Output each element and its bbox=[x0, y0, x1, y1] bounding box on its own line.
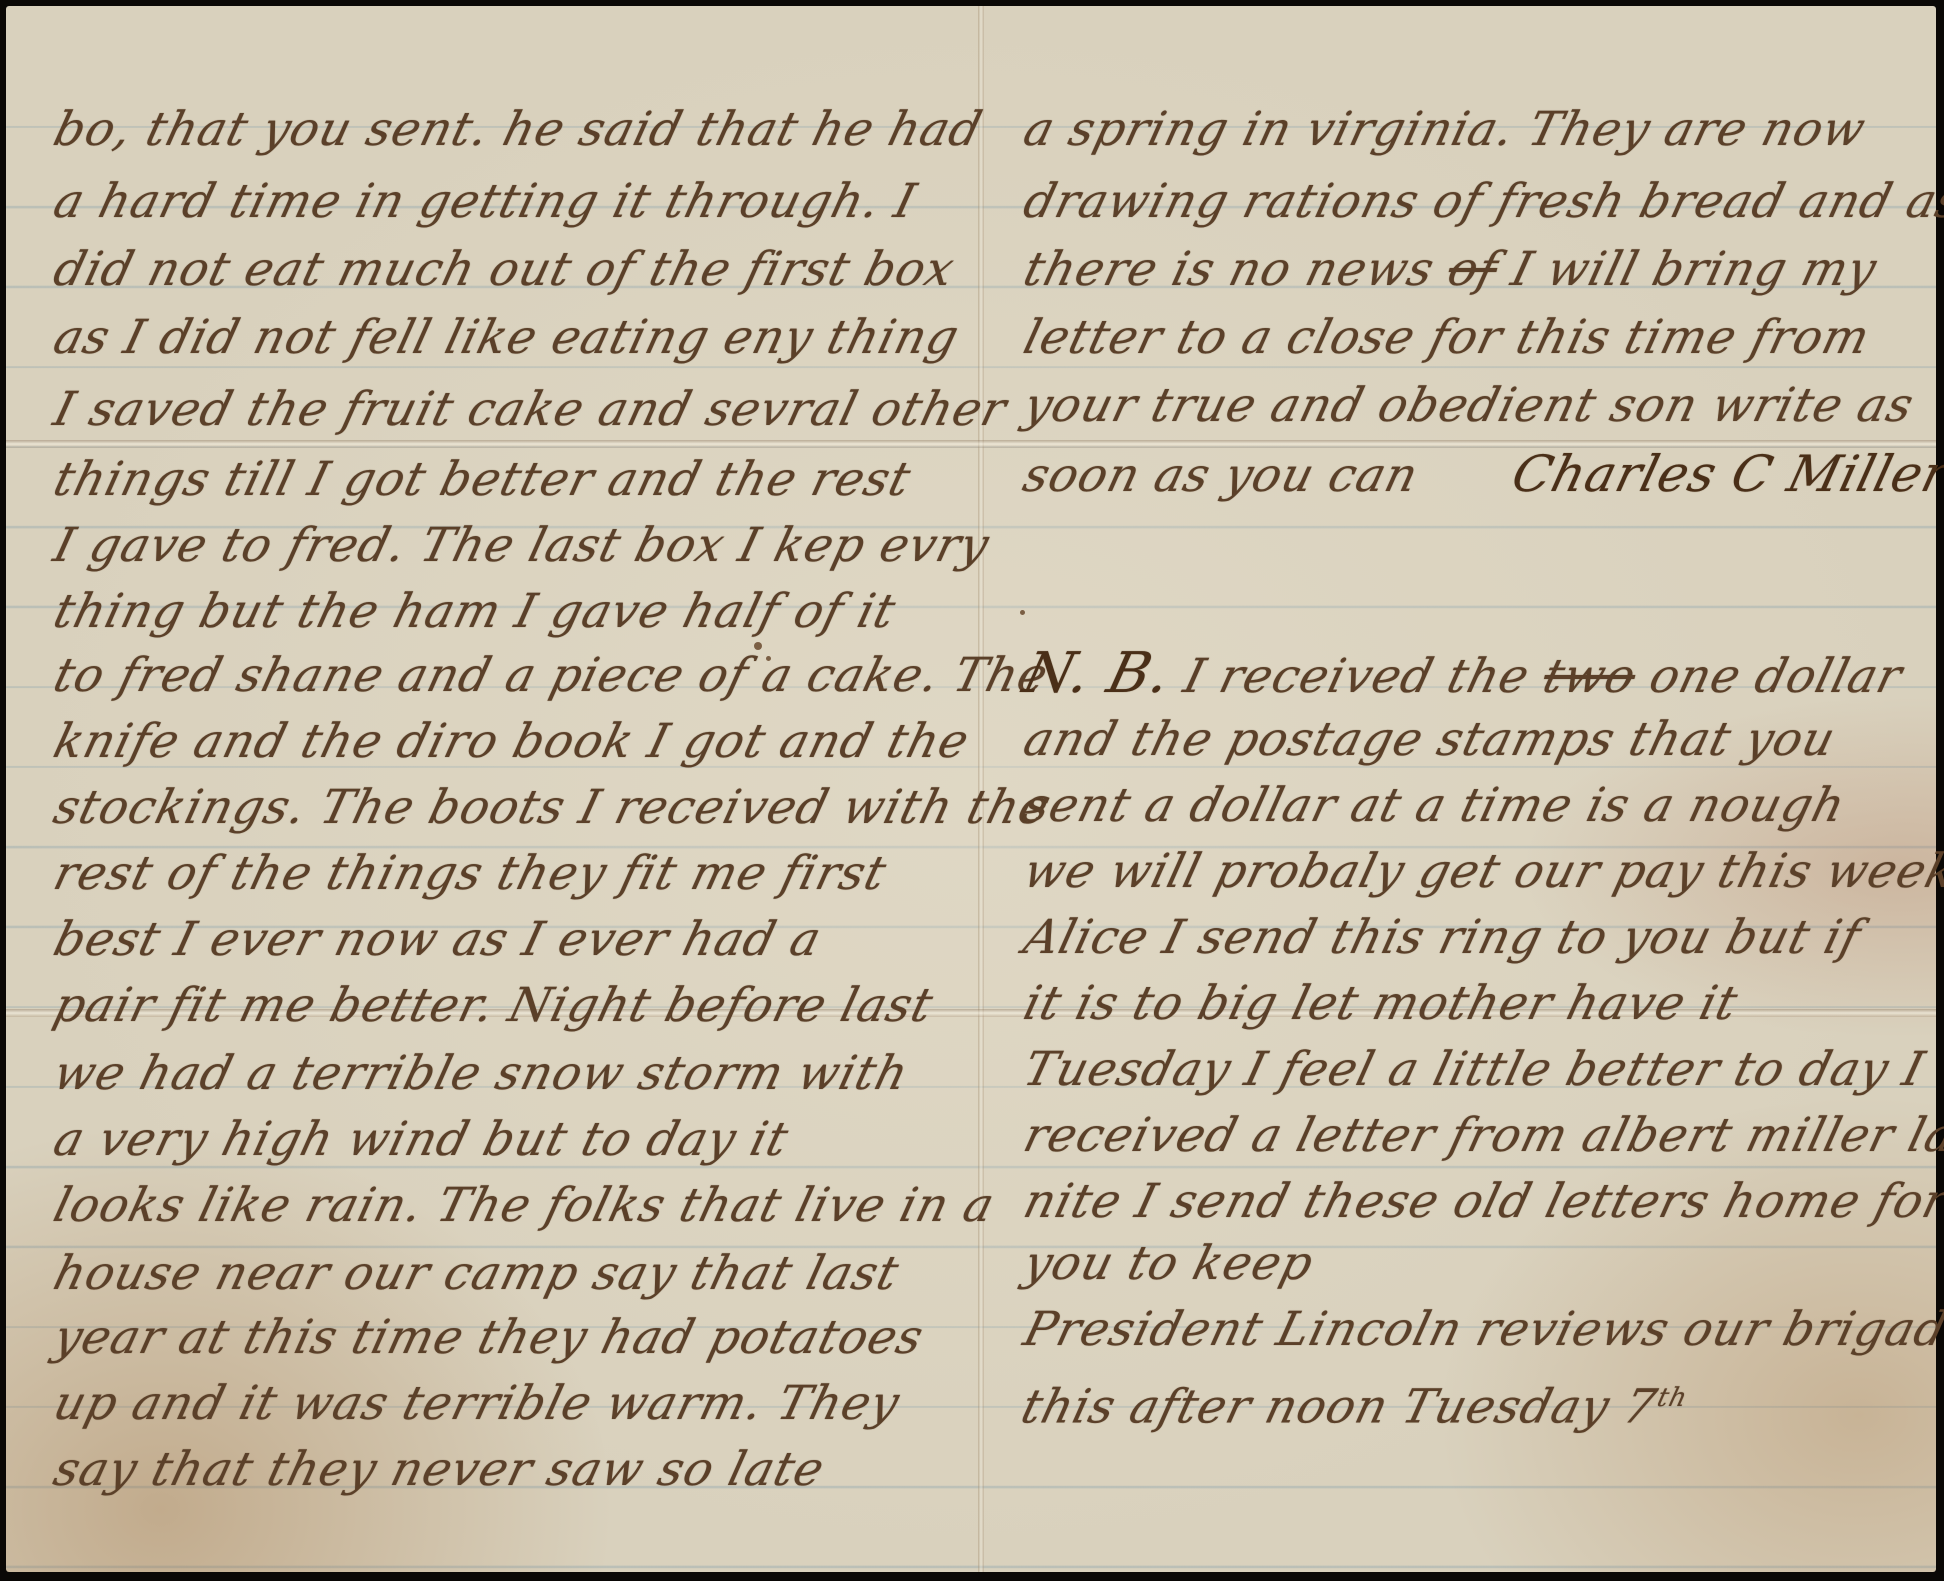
postscript-line-7: Tuesday I feel a little better to day I bbox=[1016, 1034, 1934, 1106]
left-page: bo, that you sent. he said that he had a… bbox=[46, 6, 966, 1572]
left-line-4: as I did not fell like eating eny thing bbox=[46, 302, 984, 374]
left-line-3: did not eat much out of the first box bbox=[46, 234, 984, 306]
right-page: a spring in virginia. They are now drawi… bbox=[1016, 6, 1916, 1572]
left-line-20: up and it was terrible warm. They bbox=[46, 1368, 984, 1440]
left-line-21: say that they never saw so late bbox=[46, 1434, 984, 1506]
left-line-11: stockings. The boots I received with the bbox=[46, 772, 984, 844]
signature: Charles C Miller bbox=[1506, 445, 1944, 503]
date-superscript: th bbox=[1654, 1383, 1691, 1413]
left-line-2: a hard time in getting it through. I bbox=[46, 166, 984, 238]
left-line-6: things till I got better and the rest bbox=[46, 444, 984, 516]
date-line: this after noon Tuesday 7 bbox=[1016, 1380, 1663, 1435]
right-line-5: your true and obedient son write as bbox=[1016, 370, 1934, 442]
closing-line: soon as you can Charles C Miller bbox=[1016, 438, 1934, 510]
left-line-7: I gave to fred. The last box I kep evry bbox=[46, 510, 984, 582]
left-line-12: rest of the things they fit me first bbox=[46, 838, 984, 910]
left-line-19: year at this time they had potatoes bbox=[46, 1302, 984, 1374]
postscript-heading: N. B. bbox=[1017, 641, 1178, 706]
postscript-text-end: one dollar bbox=[1644, 649, 1908, 704]
left-line-17: looks like rain. The folks that live in … bbox=[46, 1170, 984, 1242]
postscript-line-3: sent a dollar at a time is a nough bbox=[1016, 770, 1934, 842]
struck-word: two bbox=[1538, 649, 1642, 704]
left-line-1: bo, that you sent. he said that he had bbox=[46, 94, 984, 166]
left-line-5: I saved the fruit cake and sevral other bbox=[46, 374, 984, 446]
postscript-line-8: received a letter from albert miller las… bbox=[1016, 1100, 1934, 1172]
left-line-14: pair fit me better. Night before last bbox=[46, 970, 984, 1042]
letter-sheet: bo, that you sent. he said that he had a… bbox=[6, 6, 1936, 1572]
postscript-line-5: Alice I send this ring to you but if bbox=[1016, 902, 1934, 974]
left-line-18: house near our camp say that last bbox=[46, 1238, 984, 1310]
postscript-line-1: N. B. I received the two one dollar bbox=[1016, 638, 1934, 710]
postscript-line-12: this after noon Tuesday 7th bbox=[1016, 1362, 1934, 1434]
left-line-9: to fred shane and a piece of a cake. The bbox=[46, 640, 984, 712]
left-line-16: a very high wind but to day it bbox=[46, 1104, 984, 1176]
left-line-13: best I ever now as I ever had a bbox=[46, 904, 984, 976]
right-line-1: a spring in virginia. They are now bbox=[1016, 94, 1934, 166]
postscript-line-4: we will probaly get our pay this week bbox=[1016, 836, 1934, 908]
left-line-10: knife and the diro book I got and the bbox=[46, 706, 984, 778]
postscript-line-2: and the postage stamps that you bbox=[1016, 704, 1934, 776]
right-line-4: letter to a close for this time from bbox=[1016, 302, 1934, 374]
postscript-text-start: I received the bbox=[1178, 649, 1535, 704]
right-line-2: drawing rations of fresh bread and as bbox=[1016, 166, 1934, 238]
struck-word: of bbox=[1442, 242, 1503, 297]
postscript-line-6: it is to big let mother have it bbox=[1016, 968, 1934, 1040]
postscript-line-10: you to keep bbox=[1016, 1228, 1934, 1300]
left-line-15: we had a terrible snow storm with bbox=[46, 1038, 984, 1110]
right-line-3: there is no news of I will bring my bbox=[1016, 234, 1934, 306]
postscript-line-11: President Lincoln reviews our brigade bbox=[1016, 1294, 1934, 1366]
left-line-8: thing but the ham I gave half of it bbox=[46, 576, 984, 648]
closing-text: soon as you can bbox=[1018, 448, 1424, 503]
